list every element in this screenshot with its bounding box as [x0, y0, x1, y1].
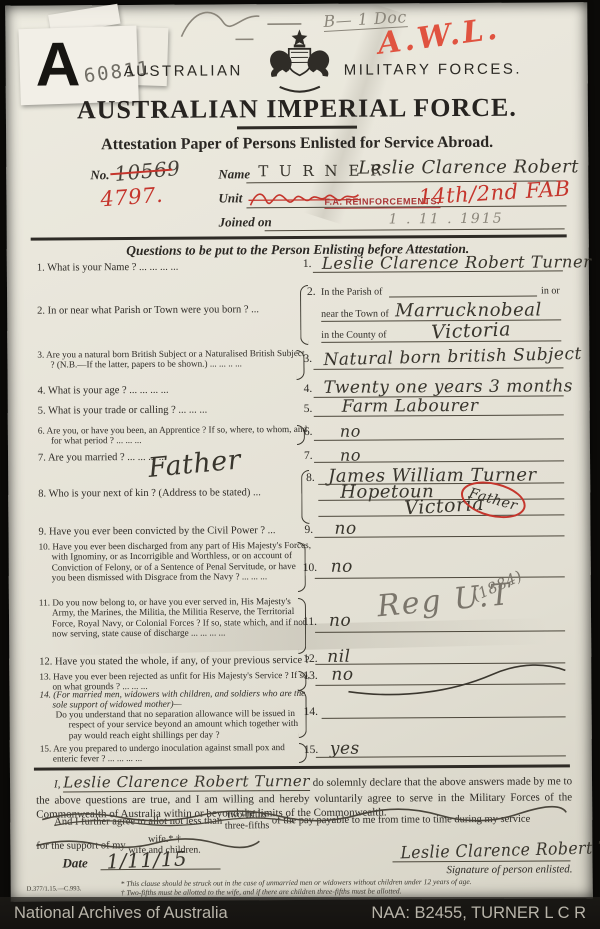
declaration-rule [34, 764, 570, 770]
name-given: Leslie Clarence Robert [358, 156, 579, 178]
ink-flourish [345, 658, 569, 699]
attestation-paper: B— 1 Doc u, A.W.L. A 60811 AUSTRALIAN MI… [5, 2, 592, 902]
no-red-value: 4797. [100, 183, 164, 212]
australian-coat-of-arms-icon [263, 28, 335, 94]
question-4: 4. What is your age ? ... ... ... ... [38, 383, 313, 398]
question-14-italic: 14. (For married men, widowers with chil… [39, 688, 310, 710]
series-letter-stamp: A [35, 29, 80, 100]
answer-15-number: 15. [304, 744, 318, 756]
answer-9-underline [315, 535, 565, 538]
scanned-attestation-document: { "colors": { "paper": "#e9e6db", "print… [0, 0, 600, 929]
declaration-pre: I, [54, 778, 60, 790]
question-1: 1. What is your Name ? ... ... ... ... [37, 260, 312, 275]
answer-6-underline [314, 438, 564, 441]
answer-5-underline [314, 414, 564, 417]
parish-underline [389, 296, 537, 298]
forces-left-text: AUSTRALIAN [124, 62, 243, 80]
town-value: Marrucknobeal [395, 300, 542, 322]
section-rule [31, 234, 567, 240]
archive-watermark-band: National Archives of Australia NAA: B245… [0, 897, 600, 929]
answer-13-number: 13. [303, 670, 317, 682]
page-subtitle: Attestation Paper of Persons Enlisted fo… [6, 133, 588, 155]
signature-underline [393, 860, 571, 862]
answer-10-number: 10. [303, 562, 317, 574]
archive-reference: NAA: B2455, TURNER L C R [371, 904, 586, 923]
answer-14-underline [322, 716, 566, 718]
forces-right-text: MILITARY FORCES. [344, 61, 522, 79]
answer-11-number: 11. [303, 616, 317, 628]
answer-5-number: 5. [304, 403, 313, 415]
answer-7-number: 7. [304, 450, 313, 462]
question-12: 12. Have you stated the whole, if any, o… [39, 654, 314, 669]
question-11: 11. Do you now belong to, or have you ev… [39, 596, 312, 639]
answer-4-number: 4. [304, 383, 313, 395]
answer-1-underline [313, 270, 563, 273]
answer-1-number: 1. [303, 258, 312, 270]
footnote-2: † Two-fifths must be allotted to the wif… [121, 885, 573, 897]
question-6: 6. Are you, or have you been, an Apprent… [38, 424, 311, 446]
answer-14-number: 14. [304, 706, 318, 718]
question-9: 9. Have you ever been convicted by the C… [38, 524, 313, 539]
answer-8-number: 8. [306, 472, 315, 484]
answer-3-number: 3. [303, 353, 312, 365]
answer-10: no [331, 557, 353, 577]
answer-11: no [329, 611, 351, 631]
answer-15-underline [316, 755, 566, 758]
answer-2-number: 2. [307, 286, 316, 298]
question-14-sub: Do you understand that no separation all… [56, 708, 311, 740]
answer-6: no [340, 422, 361, 441]
joined-on-label: Joined on [219, 214, 272, 230]
unit-label: Unit [218, 190, 242, 206]
answer-9-number: 9. [304, 524, 313, 536]
archive-name: National Archives of Australia [14, 904, 228, 923]
date-label: Date [62, 855, 87, 871]
answer-3-underline [313, 367, 563, 370]
joined-underline [265, 228, 565, 231]
no-label: No. [90, 167, 109, 183]
question-5: 5. What is your trade or calling ? ... .… [38, 403, 313, 418]
next-of-kin-relation: Father [467, 485, 519, 514]
town-pre: near the Town of [321, 308, 389, 320]
question-8: 8. Who is your next of kin ? (Address to… [38, 486, 301, 501]
question-3: 3. Are you a natural born British Subjec… [37, 348, 308, 370]
question-15: 15. Are you prepared to undergo inoculat… [40, 742, 309, 764]
page-title: AUSTRALIAN IMPERIAL FORCE. [6, 92, 588, 126]
question-2: 2. In or near what Parish or Town were y… [37, 303, 298, 318]
question-10: 10. Have you ever been discharged from a… [39, 540, 312, 583]
county-pre: in the County of [321, 329, 386, 341]
name-label: Name [218, 166, 250, 182]
answer-10-underline [315, 576, 565, 579]
answer-5: Farm Labourer [342, 396, 479, 417]
parish-post: in or [541, 285, 560, 297]
answer-6-number: 6. [304, 426, 313, 438]
answer-7-underline [314, 460, 564, 463]
form-number: D.377/1.15.—C.993. [27, 885, 82, 892]
answer-3: Natural born british Subject [323, 344, 582, 370]
parish-pre: In the Parish of [321, 286, 382, 298]
signature-caption: Signature of person enlisted. [403, 863, 573, 876]
joined-value: 1 . 11 . 1915 [389, 211, 504, 228]
declaration-name: Leslie Clarence Robert Turner [63, 772, 310, 793]
